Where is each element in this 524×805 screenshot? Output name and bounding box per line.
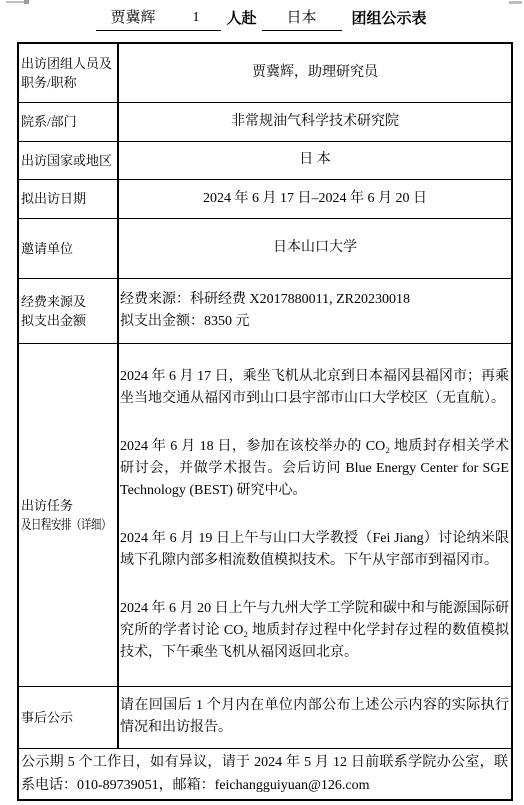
- title-destination: 日本: [262, 8, 342, 31]
- row-department-value: 非常规油气科学技术研究院: [118, 102, 512, 141]
- title-table-name: 团组公示表: [352, 9, 427, 31]
- page-title: 贾冀辉 1 人赴 日本 团组公示表: [17, 5, 511, 31]
- scrollbar-fragment-left-cap: [24, 0, 29, 4]
- itinerary-day2: 2024 年 6 月 18 日，参加在该校举办的 CO₂ 地质封存相关学术研讨会…: [120, 436, 509, 502]
- row-funding-label: 经费来源及 拟支出金额: [18, 278, 118, 343]
- row-itinerary-value: 2024 年 6 月 17 日，乘坐飞机从北京到日本福冈县福冈市；再乘坐当地交通…: [118, 343, 512, 686]
- scrollbar-fragment-right: [509, 1, 522, 4]
- funding-amount-line: 拟支出金额：8350 元: [120, 311, 509, 333]
- row-itinerary: 出访任务 及日程安排（详细） 2024 年 6 月 17 日，乘坐飞机从北京到日…: [18, 343, 512, 686]
- row-country-value: 日 本: [118, 141, 512, 179]
- row-post-publicity: 事后公示 请在回国后 1 个月内在单位内部公布上述公示内容的实际执行情况和出访报…: [18, 686, 512, 748]
- row-members-label: 出访团组人员及 职务/职称: [18, 43, 118, 102]
- title-member-count: 1: [192, 8, 199, 28]
- row-inviter-label: 邀请单位: [18, 218, 118, 278]
- title-leader-name: 贾冀辉: [110, 8, 155, 28]
- row-department-label: 院系/部门: [18, 102, 118, 141]
- row-notice: 公示期 5 个工作日，如有异议，请于 2024 年 5 月 12 日前联系学院办…: [18, 748, 512, 800]
- title-leader-name-blank: 贾冀辉 1: [96, 8, 221, 31]
- row-funding: 经费来源及 拟支出金额 经费来源：科研经费 X2017880011, ZR202…: [18, 278, 512, 343]
- visit-publicity-table: 出访团组人员及 职务/职称 贾冀辉，助理研究员 院系/部门 非常规油气科学技术研…: [17, 42, 513, 801]
- funding-source-line: 经费来源：科研经费 X2017880011, ZR20230018: [120, 289, 509, 311]
- row-dates: 拟出访日期 2024 年 6 月 17 日–2024 年 6 月 20 日: [18, 179, 512, 218]
- row-itinerary-label: 出访任务 及日程安排（详细）: [18, 343, 118, 686]
- row-funding-value: 经费来源：科研经费 X2017880011, ZR20230018 拟支出金额：…: [118, 278, 512, 343]
- title-people-go-label: 人赴: [226, 9, 256, 31]
- itinerary-day3: 2024 年 6 月 19 日上午与山口大学教授（Fei Jiang）讨论纳米限…: [120, 528, 509, 572]
- row-post-publicity-label: 事后公示: [18, 686, 118, 748]
- row-department: 院系/部门 非常规油气科学技术研究院: [18, 102, 512, 141]
- row-post-publicity-value: 请在回国后 1 个月内在单位内部公布上述公示内容的实际执行情况和出访报告。: [118, 686, 512, 748]
- row-dates-value: 2024 年 6 月 17 日–2024 年 6 月 20 日: [118, 179, 512, 218]
- row-dates-label: 拟出访日期: [18, 179, 118, 218]
- row-inviter: 邀请单位 日本山口大学: [18, 218, 512, 278]
- row-country: 出访国家或地区 日 本: [18, 141, 512, 179]
- row-members-value: 贾冀辉，助理研究员: [118, 43, 512, 102]
- publicity-period-notice: 公示期 5 个工作日，如有异议，请于 2024 年 5 月 12 日前联系学院办…: [18, 748, 512, 800]
- row-country-label: 出访国家或地区: [18, 141, 118, 179]
- row-members: 出访团组人员及 职务/职称 贾冀辉，助理研究员: [18, 43, 512, 102]
- itinerary-day1: 2024 年 6 月 17 日，乘坐飞机从北京到日本福冈县福冈市；再乘坐当地交通…: [120, 366, 509, 410]
- itinerary-day4: 2024 年 6 月 20 日上午与九州大学工学院和碳中和与能源国际研究所的学者…: [120, 598, 509, 664]
- row-inviter-value: 日本山口大学: [118, 218, 512, 278]
